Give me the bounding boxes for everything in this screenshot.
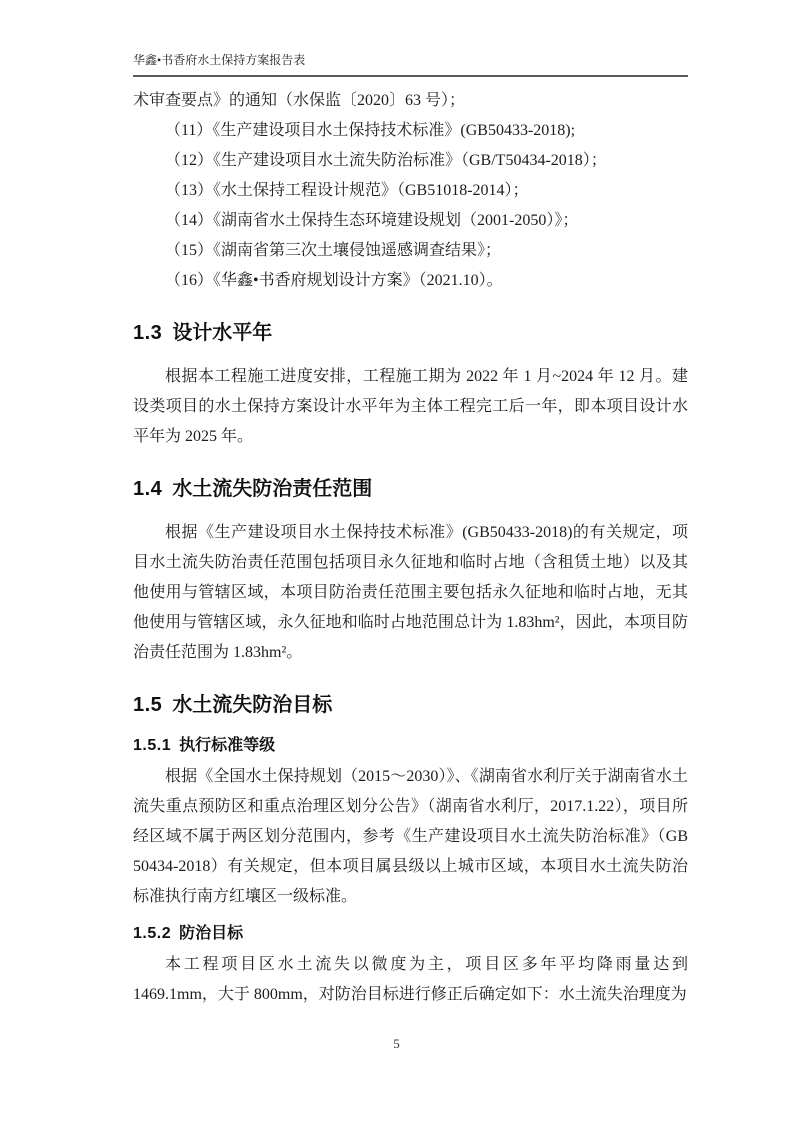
section-heading-1-3: 1.3设计水平年 [133,320,688,346]
reference-item-15: （15）《湖南省第三次土壤侵蚀遥感调查结果》； [133,236,688,266]
document-page: 华鑫•书香府水土保持方案报告表 术审查要点》的通知（水保监〔2020〕63 号）… [0,0,793,1122]
section-title: 水土流失防治责任范围 [172,478,372,500]
section-number: 1.5 [133,694,162,716]
paragraph-design-year: 根据本工程施工进度安排，工程施工期为 2022 年 1 月~2024 年 12 … [133,362,688,452]
section-heading-1-4: 1.4水土流失防治责任范围 [133,476,688,502]
document-body: 术审查要点》的通知（水保监〔2020〕63 号）； （11）《生产建设项目水土保… [133,86,688,1010]
section-number: 1.4 [133,478,162,500]
subsection-title: 执行标准等级 [179,737,275,754]
section-title: 水土流失防治目标 [172,694,332,716]
paragraph-continuation: 术审查要点》的通知（水保监〔2020〕63 号）； [133,86,688,116]
paragraph-responsibility-scope: 根据《生产建设项目水土保持技术标准》(GB50433-2018)的有关规定，项目… [133,518,688,668]
header-title: 华鑫•书香府水土保持方案报告表 [133,53,305,67]
section-number: 1.3 [133,322,162,344]
section-heading-1-5: 1.5水土流失防治目标 [133,692,688,718]
page-header: 华鑫•书香府水土保持方案报告表 [133,52,688,77]
reference-item-13: （13）《水土保持工程设计规范》（GB51018-2014）； [133,176,688,206]
subsection-number: 1.5.1 [133,737,171,754]
page-footer: 5 [0,1036,793,1052]
reference-item-16: （16）《华鑫•书香府规划设计方案》（2021.10）。 [133,266,688,296]
page-number: 5 [393,1036,400,1051]
subsection-heading-1-5-2: 1.5.2防治目标 [133,922,688,946]
subsection-heading-1-5-1: 1.5.1执行标准等级 [133,734,688,758]
reference-item-11: （11）《生产建设项目水土保持技术标准》(GB50433-2018); [133,116,688,146]
paragraph-control-target: 本工程项目区水土流失以微度为主，项目区多年平均降雨量达到 1469.1mm，大于… [133,950,688,1010]
subsection-number: 1.5.2 [133,925,171,942]
paragraph-standard-grade: 根据《全国水土保持规划（2015～2030）》、《湖南省水利厅关于湖南省水土流失… [133,762,688,912]
subsection-title: 防治目标 [179,925,243,942]
reference-item-12: （12）《生产建设项目水土流失防治标准》（GB/T50434-2018）； [133,146,688,176]
section-title: 设计水平年 [172,322,272,344]
reference-item-14: （14）《湖南省水土保持生态环境建设规划（2001-2050）》； [133,206,688,236]
